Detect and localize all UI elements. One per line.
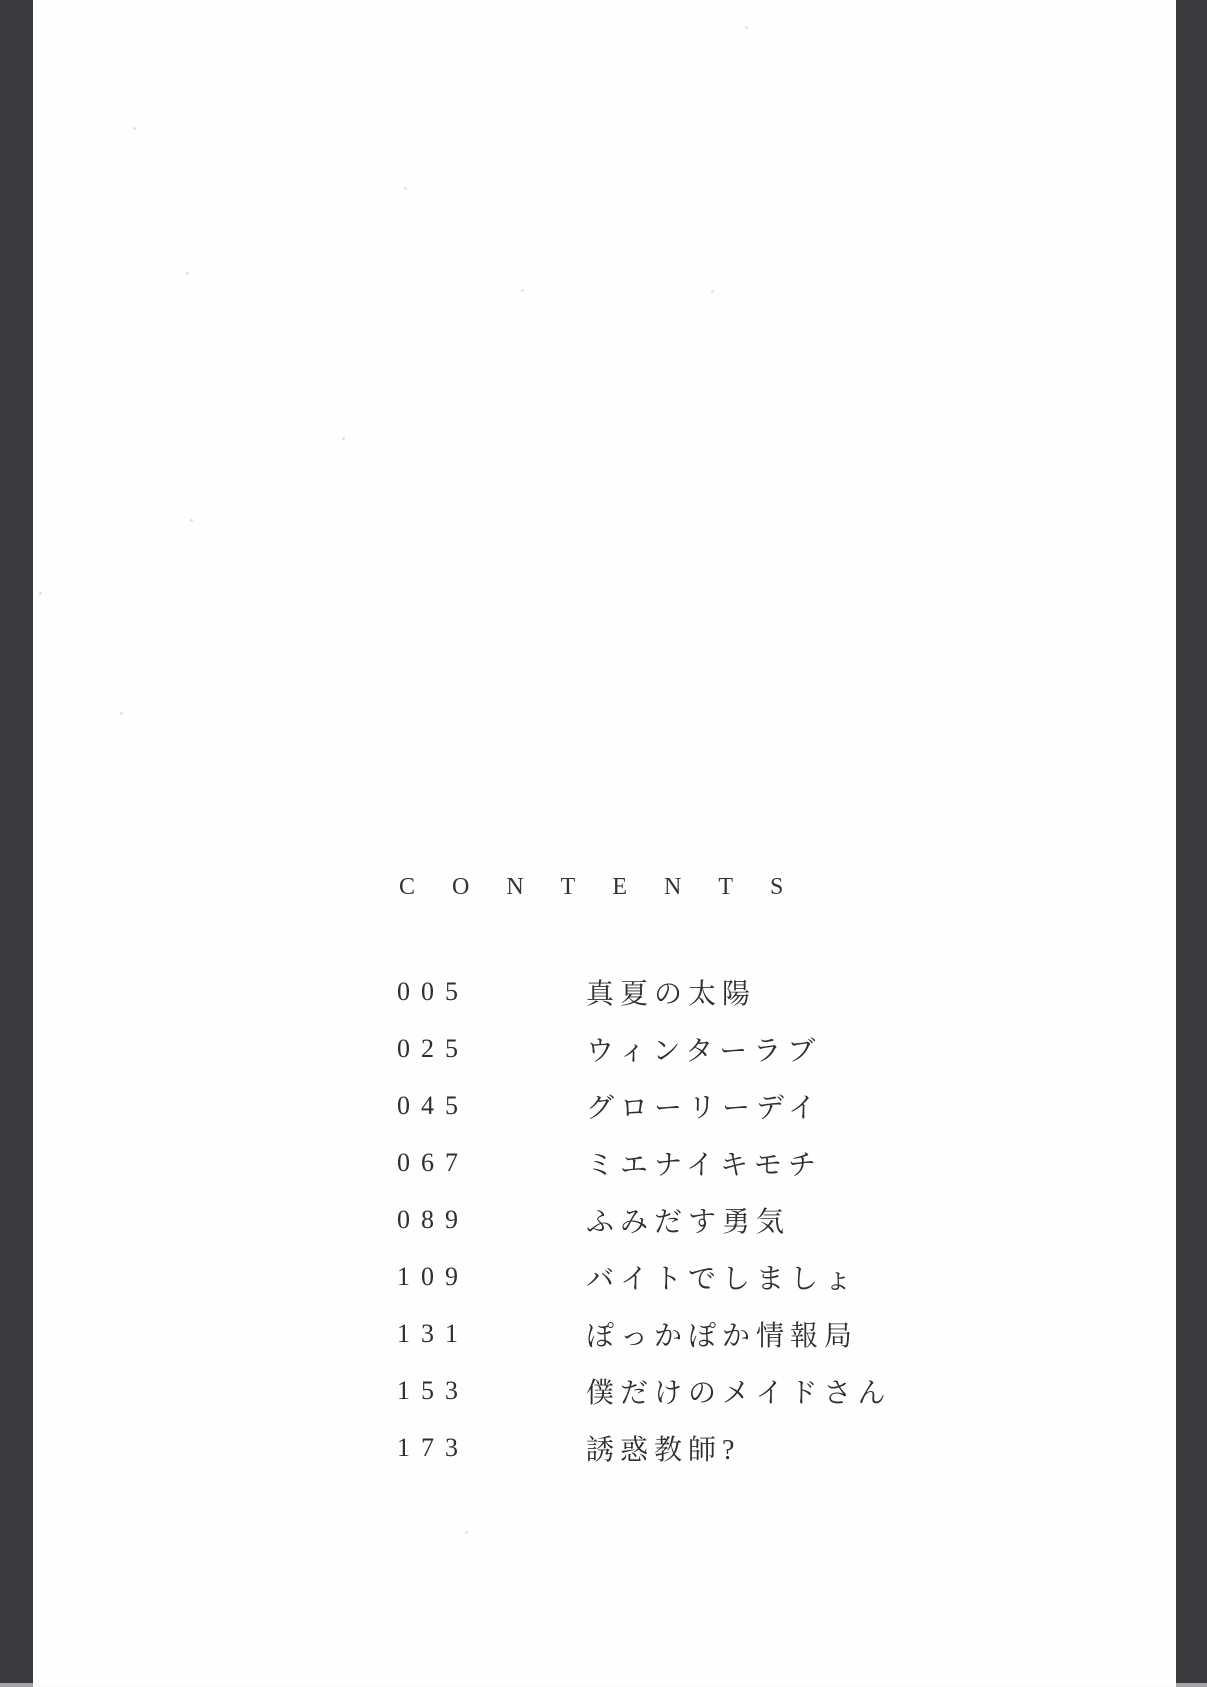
scan-speck: [190, 519, 193, 522]
toc-row: 109 バイトでしましょ: [397, 1248, 891, 1305]
toc-row: 089 ふみだす勇気: [397, 1191, 891, 1248]
toc-row: 005 真夏の太陽: [397, 963, 891, 1020]
toc-row: 173 誘惑教師?: [397, 1419, 891, 1476]
scan-right-border: [1176, 0, 1207, 1687]
toc-page-number: 067: [397, 1148, 586, 1178]
scan-speck: [404, 187, 407, 190]
toc-chapter-title: バイトでしましょ: [586, 1257, 858, 1297]
toc-row: 025 ウィンターラブ: [397, 1020, 891, 1077]
toc-page-number: 131: [397, 1319, 586, 1349]
scan-speck: [711, 290, 714, 293]
toc-chapter-title: 真夏の太陽: [586, 972, 756, 1012]
toc-page-number: 005: [397, 977, 586, 1007]
toc-page-number: 153: [397, 1376, 586, 1406]
scan-speck: [745, 26, 748, 29]
scan-speck: [120, 712, 123, 715]
contents-heading: CONTENTS: [399, 874, 820, 901]
toc-row: 131 ぽっかぽか情報局: [397, 1305, 891, 1362]
scan-speck: [521, 289, 524, 292]
scan-speck: [39, 592, 42, 595]
scan-left-border: [0, 0, 33, 1687]
toc-chapter-title: ウィンターラブ: [586, 1029, 821, 1069]
toc-chapter-title: ミエナイキモチ: [586, 1143, 822, 1183]
scan-bottom-edge: [0, 1683, 1207, 1687]
scan-speck: [186, 272, 189, 275]
scan-speck: [465, 1531, 468, 1534]
toc-page-number: 173: [397, 1433, 586, 1463]
toc-row: 045 グローリーデイ: [397, 1077, 891, 1134]
table-of-contents: 005 真夏の太陽 025 ウィンターラブ 045 グローリーデイ 067 ミエ…: [397, 963, 891, 1476]
toc-row: 067 ミエナイキモチ: [397, 1134, 891, 1191]
toc-chapter-title: グローリーデイ: [586, 1086, 822, 1126]
toc-page-number: 089: [397, 1205, 586, 1235]
toc-chapter-title: 誘惑教師?: [586, 1428, 740, 1468]
toc-page-number: 025: [397, 1034, 586, 1064]
toc-page-number: 109: [397, 1262, 586, 1292]
scan-speck: [342, 437, 345, 440]
toc-chapter-title: 僕だけのメイドさん: [586, 1371, 891, 1411]
toc-page-number: 045: [397, 1091, 586, 1121]
toc-row: 153 僕だけのメイドさん: [397, 1362, 891, 1419]
scanned-page: CONTENTS 005 真夏の太陽 025 ウィンターラブ 045 グローリー…: [33, 0, 1176, 1687]
toc-chapter-title: ふみだす勇気: [586, 1200, 790, 1240]
scan-speck: [133, 127, 136, 130]
toc-chapter-title: ぽっかぽか情報局: [586, 1314, 858, 1354]
